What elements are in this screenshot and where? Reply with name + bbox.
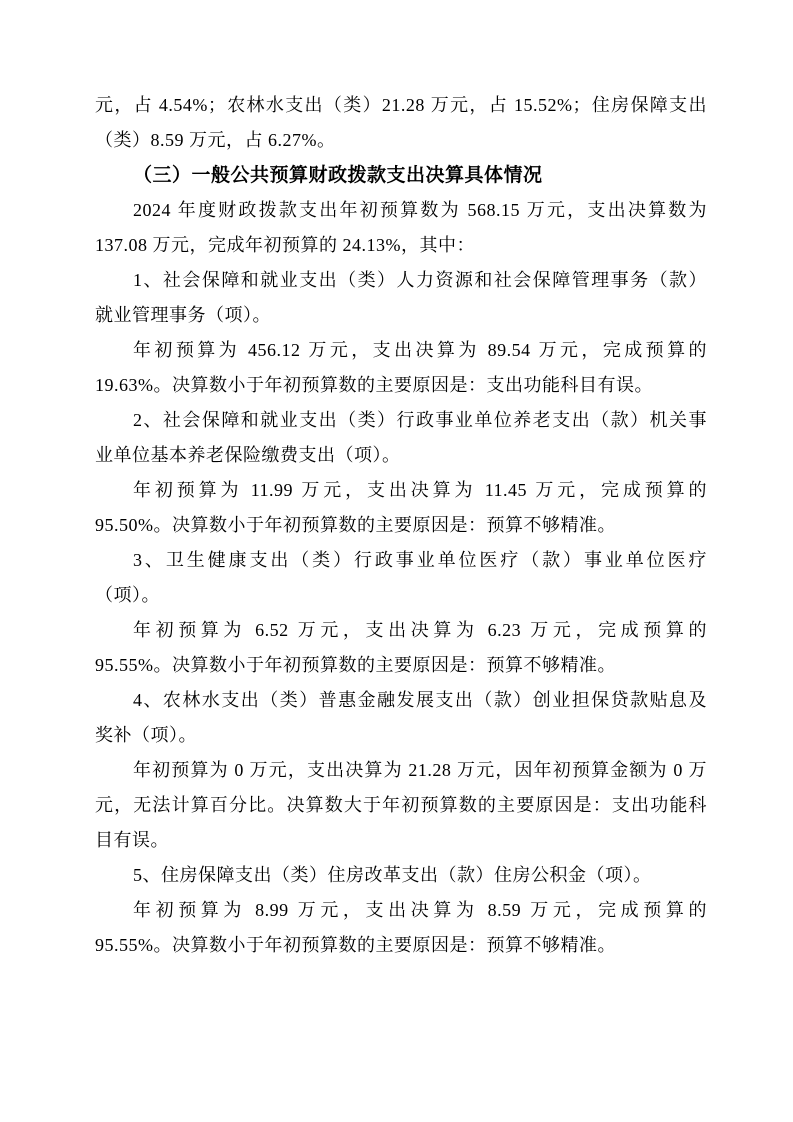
section-heading: （三）一般公共预算财政拨款支出决算具体情况 [95, 158, 707, 193]
text-line: 元，占 4.54%；农林水支出（类）21.28 万元，占 15.52%；住房保障… [95, 88, 707, 123]
text-line: 95.55%。决算数小于年初预算数的主要原因是：预算不够精准。 [95, 928, 707, 963]
text-line: 19.63%。决算数小于年初预算数的主要原因是：支出功能科目有误。 [95, 368, 707, 403]
text-line: 就业管理事务（项）。 [95, 298, 707, 333]
text-line: 元，无法计算百分比。决算数大于年初预算数的主要原因是：支出功能科 [95, 788, 707, 823]
text-line: 2、社会保障和就业支出（类）行政事业单位养老支出（款）机关事 [95, 403, 707, 438]
document-page: 元，占 4.54%；农林水支出（类）21.28 万元，占 15.52%；住房保障… [0, 0, 793, 1122]
text-line: 年初预算为 456.12 万元，支出决算为 89.54 万元，完成预算的 [95, 333, 707, 368]
text-line: 年初预算为 6.52 万元，支出决算为 6.23 万元，完成预算的 [95, 613, 707, 648]
text-line: 目有误。 [95, 823, 707, 858]
text-line: 3、卫生健康支出（类）行政事业单位医疗（款）事业单位医疗 [95, 543, 707, 578]
text-line: 95.55%。决算数小于年初预算数的主要原因是：预算不够精准。 [95, 648, 707, 683]
text-line: 95.50%。决算数小于年初预算数的主要原因是：预算不够精准。 [95, 508, 707, 543]
text-line: 年初预算为 8.99 万元，支出决算为 8.59 万元，完成预算的 [95, 893, 707, 928]
text-line: 年初预算为 11.99 万元，支出决算为 11.45 万元，完成预算的 [95, 473, 707, 508]
text-line: （项）。 [95, 578, 707, 613]
text-line: 137.08 万元，完成年初预算的 24.13%，其中： [95, 228, 707, 263]
document-body: 元，占 4.54%；农林水支出（类）21.28 万元，占 15.52%；住房保障… [95, 88, 707, 963]
text-line: 业单位基本养老保险缴费支出（项）。 [95, 438, 707, 473]
text-line: 2024 年度财政拨款支出年初预算数为 568.15 万元，支出决算数为 [95, 193, 707, 228]
text-line: 1、社会保障和就业支出（类）人力资源和社会保障管理事务（款） [95, 263, 707, 298]
text-line: 年初预算为 0 万元，支出决算为 21.28 万元，因年初预算金额为 0 万 [95, 753, 707, 788]
text-line: （类）8.59 万元，占 6.27%。 [95, 123, 707, 158]
text-line: 奖补（项）。 [95, 718, 707, 753]
text-line: 4、农林水支出（类）普惠金融发展支出（款）创业担保贷款贴息及 [95, 683, 707, 718]
text-line: 5、住房保障支出（类）住房改革支出（款）住房公积金（项）。 [95, 858, 707, 893]
